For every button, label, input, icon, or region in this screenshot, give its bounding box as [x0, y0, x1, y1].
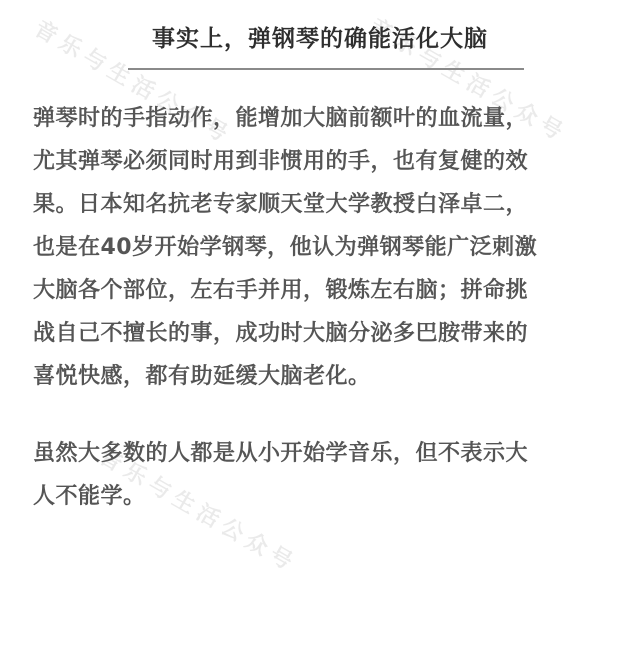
text-line: 战自己不擅长的事，成功时大脑分泌多巴胺带来的 [33, 312, 613, 355]
title-divider [128, 68, 524, 70]
text-line: 大脑各个部位，左右手并用，锻炼左右脑；拼命挑 [33, 269, 613, 312]
article-title: 事实上，弹钢琴的确能活化大脑 [152, 22, 488, 56]
text-line: 虽然大多数的人都是从小开始学音乐，但不表示大 [33, 432, 613, 475]
text-line: 人不能学。 [33, 475, 613, 518]
article-header: 事实上，弹钢琴的确能活化大脑 [0, 22, 640, 56]
text-line: 尤其弹琴必须同时用到非惯用的手，也有复健的效 [33, 140, 613, 183]
text-line: 喜悦快感，都有助延缓大脑老化。 [33, 355, 613, 398]
paragraph-2: 虽然大多数的人都是从小开始学音乐，但不表示大 人不能学。 [33, 432, 613, 518]
text-line: 果。日本知名抗老专家顺天堂大学教授白泽卓二， [33, 183, 613, 226]
paragraph-1: 弹琴时的手指动作，能增加大脑前额叶的血流量， 尤其弹琴必须同时用到非惯用的手，也… [33, 97, 613, 398]
text-line: 弹琴时的手指动作，能增加大脑前额叶的血流量， [33, 97, 613, 140]
text-line: 也是在40岁开始学钢琴，他认为弹钢琴能广泛刺激 [33, 226, 613, 269]
article-body: 弹琴时的手指动作，能增加大脑前额叶的血流量， 尤其弹琴必须同时用到非惯用的手，也… [33, 97, 613, 518]
